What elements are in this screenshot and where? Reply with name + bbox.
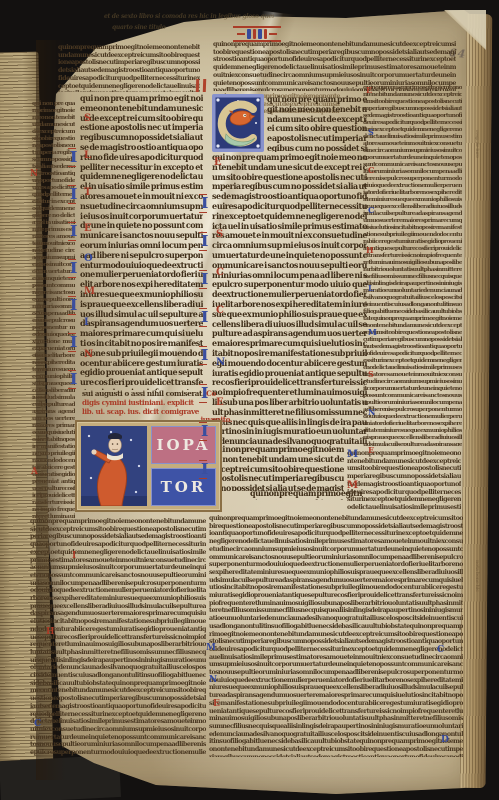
name-panel-bottom: TOR: [151, 468, 216, 506]
gloss-paragraphs-right: qui non pre quam primo egit noie meo non…: [347, 450, 461, 512]
name-panel-top: IOPA: [151, 426, 216, 464]
numeral-stroke: [253, 29, 257, 39]
manuscript-photo: et de sexto libro si comoda res hic in l…: [0, 0, 499, 800]
top-marginal-annotation: et de sexto libro si comoda res hic in l…: [104, 13, 274, 23]
rubric-explicit: sui augusti o assi nihil comiserat. Co d…: [82, 389, 236, 423]
edge-scribble: nota bene hic: [466, 560, 480, 620]
bottom-gloss-right: qui non pre quam primo egit noie meo non…: [209, 515, 463, 757]
numeral-stroke: [247, 29, 251, 39]
gloss-column-right-margin: qui non pre quam primo egit noie meo non…: [363, 84, 462, 446]
illuminated-initial-C: [212, 94, 264, 152]
red-tick-mark: [196, 79, 199, 92]
red-tick-mark: [203, 79, 206, 92]
author-miniature: IOPA TOR: [75, 420, 222, 512]
gloss-block-top-left: qui non pre quam primo egit noie meo non…: [58, 44, 200, 92]
main-text-last-line: qui non pre quam primo egit noie meo non…: [250, 489, 362, 500]
top-marginal-annotation: quarto sine titulo: [112, 24, 222, 33]
miniature-figure-panel: [81, 426, 147, 506]
main-text-column-right-end: qui non pre quam primo egit noie meo non…: [212, 445, 344, 491]
main-text-column-right: qui non pre quam primo egit noie meo non…: [267, 95, 367, 152]
bottom-gloss-left: qui non pre quam primo egit noie meo non…: [30, 518, 206, 756]
numeral-stroke: [258, 29, 262, 39]
book-number-heading: [233, 26, 281, 42]
numeral-stroke: [264, 29, 268, 39]
miniature-figure: [81, 426, 147, 506]
gloss-column-left-margin: qui non pre quam primo egit noie meo non…: [32, 100, 75, 520]
edge-scribble: resp de iure: [464, 130, 480, 176]
main-text-column-left: qui non pre quam primo egit noie meo non…: [80, 94, 203, 390]
